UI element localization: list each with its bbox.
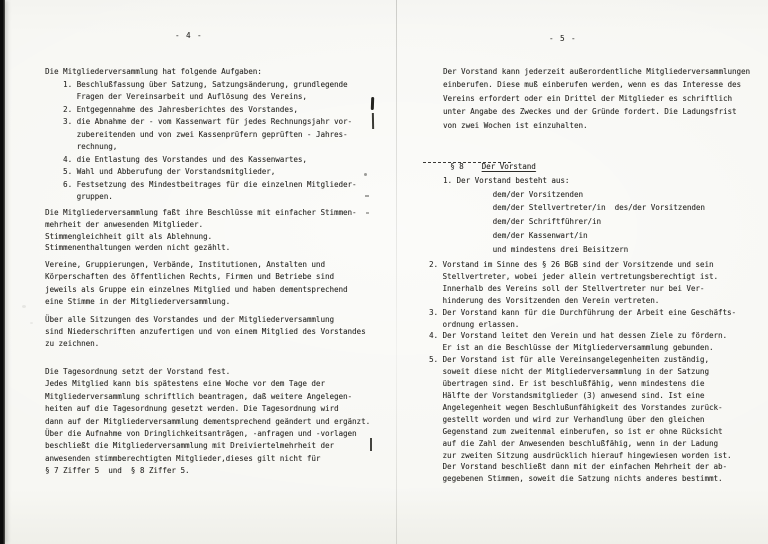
page-fold-line	[396, 0, 397, 544]
margin-speck	[30, 322, 33, 324]
gutter-ink-mark	[372, 113, 374, 129]
section-heading-dashed-underline	[423, 157, 511, 163]
paragraph-extraordinary-meetings: Der Vorstand kann jederzeit außerordentl…	[443, 65, 750, 132]
paragraph-board-rules: 2. Vorstand im Sinne des § 26 BGB sind d…	[429, 259, 736, 485]
paragraph-agenda: Die Tagesordnung setzt der Vorstand fest…	[45, 366, 370, 478]
gutter-speck	[365, 195, 369, 197]
page-number-right: - 5 -	[549, 34, 577, 43]
scan-binding-edge	[0, 0, 5, 544]
paragraph-minutes: Über alle Sitzungen des Vorstandes und d…	[45, 314, 366, 351]
scanned-statute-document: - 4 - Die Mitgliederversammlung hat folg…	[0, 0, 768, 544]
gutter-ink-mark	[371, 97, 374, 110]
paragraph-group-members: Vereine, Gruppierungen, Verbände, Instit…	[45, 259, 348, 309]
gutter-speck	[364, 173, 367, 176]
section-number: § 8	[450, 162, 464, 171]
paragraph-resolutions: Die Mitgliederversammlung faßt ihre Besc…	[45, 207, 357, 254]
paragraph-board-composition: 1. Der Vorstand besteht aus: dem/der Vor…	[443, 174, 705, 256]
margin-speck	[22, 305, 26, 308]
gutter-speck	[366, 212, 369, 214]
section-title: Der Vorstand	[482, 162, 536, 171]
paragraph-assembly-tasks: Die Mitgliederversammlung hat folgende A…	[45, 66, 357, 204]
page-number-left: - 4 -	[175, 31, 203, 40]
gutter-ink-mark	[370, 438, 372, 451]
